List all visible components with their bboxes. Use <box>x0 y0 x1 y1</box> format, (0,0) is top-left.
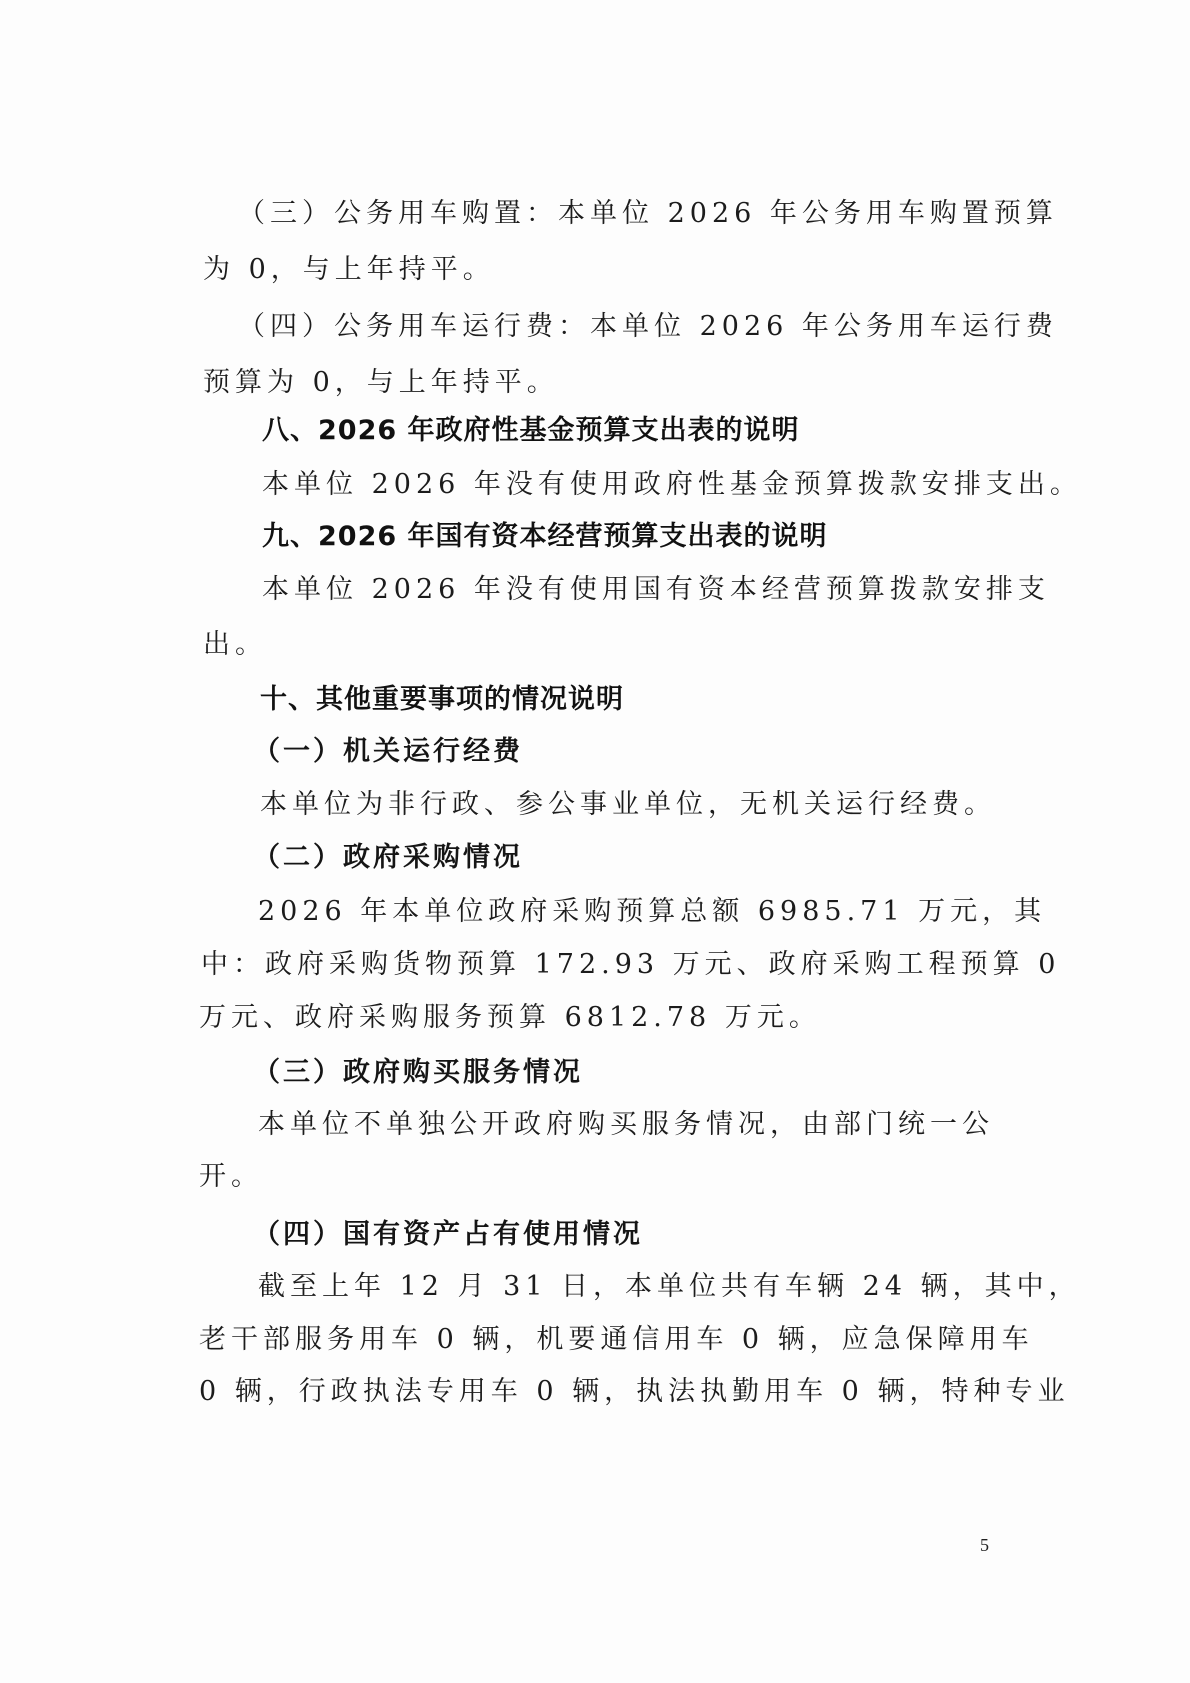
paragraph-gov-procurement-line-2: 中：政府采购货物预算 172.93 万元、政府采购工程预算 0 <box>201 949 1060 981</box>
subheading-gov-purchased-services: （三）政府购买服务情况 <box>253 1057 583 1089</box>
paragraph-gov-procurement-line-1: 2026 年本单位政府采购预算总额 6985.71 万元，其 <box>258 896 1046 928</box>
subheading-state-assets: （四）国有资产占有使用情况 <box>253 1219 643 1251</box>
paragraph-gov-fund: 本单位 2026 年没有使用政府性基金预算拨款安排支出。 <box>262 469 1082 501</box>
paragraph-vehicle-operation-line-1: （四）公务用车运行费：本单位 2026 年公务用车运行费 <box>238 311 1058 343</box>
paragraph-gov-purchased-services-line-2: 开。 <box>199 1161 263 1193</box>
paragraph-state-assets-line-3: 0 辆，行政执法专用车 0 辆，执法执勤用车 0 辆，特种专业 <box>199 1376 1069 1408</box>
paragraph-state-capital-line-2: 出。 <box>203 629 267 661</box>
paragraph-gov-procurement-line-3: 万元、政府采购服务预算 6812.78 万元。 <box>199 1002 821 1034</box>
paragraph-state-assets-line-2: 老干部服务用车 0 辆，机要通信用车 0 辆，应急保障用车 <box>199 1324 1034 1356</box>
section-heading-8: 八、2026 年政府性基金预算支出表的说明 <box>262 415 800 447</box>
page-number: 5 <box>980 1535 989 1556</box>
paragraph-state-assets-line-1: 截至上年 12 月 31 日，本单位共有车辆 24 辆，其中， <box>258 1271 1081 1303</box>
paragraph-vehicle-purchase-line-1: （三）公务用车购置：本单位 2026 年公务用车购置预算 <box>238 198 1058 230</box>
paragraph-gov-purchased-services-line-1: 本单位不单独公开政府购买服务情况，由部门统一公 <box>258 1109 994 1141</box>
section-heading-9: 九、2026 年国有资本经营预算支出表的说明 <box>262 521 828 553</box>
paragraph-agency-operating-costs: 本单位为非行政、参公事业单位，无机关运行经费。 <box>260 789 996 821</box>
section-heading-10: 十、其他重要事项的情况说明 <box>260 684 624 716</box>
paragraph-vehicle-purchase-line-2: 为 0，与上年持平。 <box>203 254 495 286</box>
paragraph-state-capital-line-1: 本单位 2026 年没有使用国有资本经营预算拨款安排支 <box>262 574 1050 606</box>
subheading-agency-operating-costs: （一）机关运行经费 <box>253 736 523 768</box>
document-page: （三）公务用车购置：本单位 2026 年公务用车购置预算 为 0，与上年持平。 … <box>0 0 1190 1683</box>
paragraph-vehicle-operation-line-2: 预算为 0，与上年持平。 <box>203 367 559 399</box>
subheading-gov-procurement: （二）政府采购情况 <box>253 842 523 874</box>
